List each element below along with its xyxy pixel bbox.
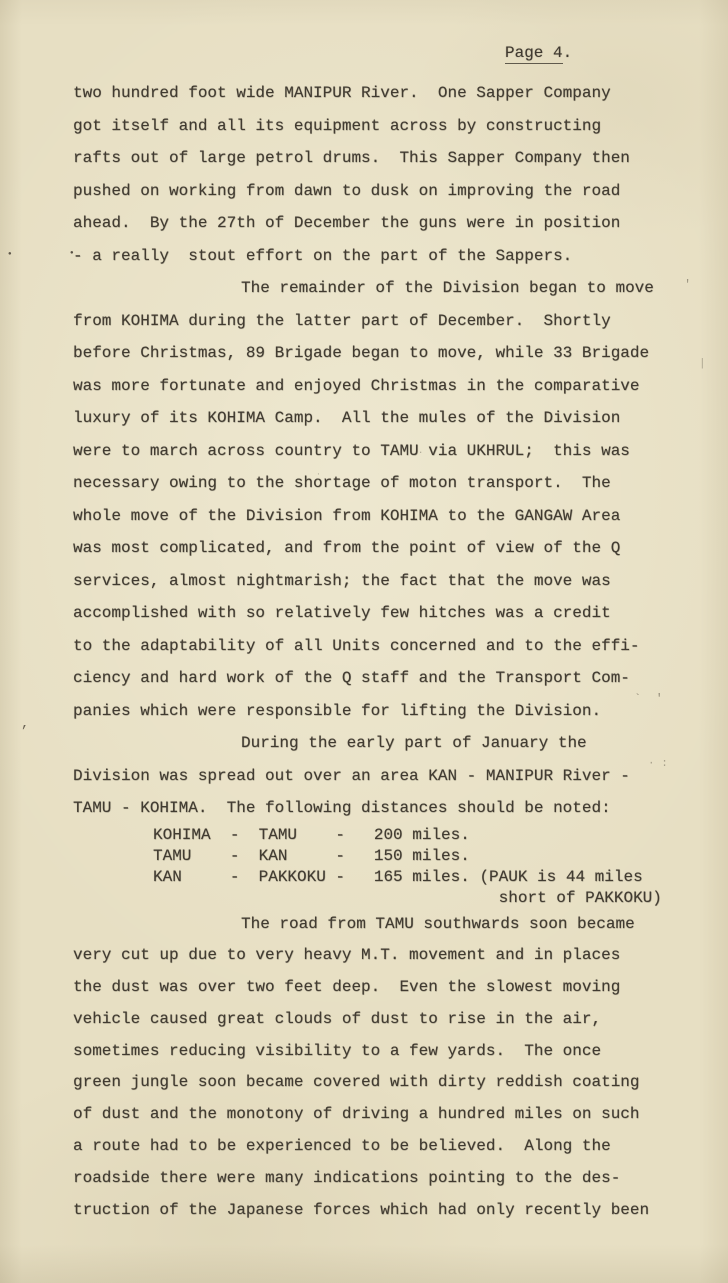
text-line: pushed on working from dawn to dusk on i… <box>73 175 703 208</box>
distance-table-row: KOHIMA - TAMU - 200 miles. <box>73 825 703 846</box>
text-line: to the adaptability of all Units concern… <box>73 630 703 663</box>
text-line: necessary owing to the shortage of moton… <box>73 467 703 500</box>
text-line: sometimes reducing visibility to a few y… <box>73 1036 703 1068</box>
scan-speck: ’ <box>20 724 28 740</box>
text-line: two hundred foot wide MANIPUR River. One… <box>73 77 703 110</box>
page-number-period: . <box>563 44 573 62</box>
text-line: roadside there were many indications poi… <box>73 1163 703 1195</box>
text-line: truction of the Japanese forces which ha… <box>73 1195 703 1227</box>
page-number-text: Page 4 <box>505 44 563 64</box>
text-line: panies which were responsible for liftin… <box>73 695 703 728</box>
text-line: TAMU - KOHIMA. The following distances s… <box>73 792 703 825</box>
distance-table-row: short of PAKKOKU) <box>73 888 703 909</box>
text-line: - a really stout effort on the part of t… <box>73 240 703 273</box>
document-lines: two hundred foot wide MANIPUR River. One… <box>73 77 703 1226</box>
text-line: were to march across country to TAMU via… <box>73 435 703 468</box>
text-line: rafts out of large petrol drums. This Sa… <box>73 142 703 175</box>
text-line: ciency and hard work of the Q staff and … <box>73 662 703 695</box>
text-line: luxury of its KOHIMA Camp. All the mules… <box>73 402 703 435</box>
text-line: the dust was over two feet deep. Even th… <box>73 972 703 1004</box>
text-line: from KOHIMA during the latter part of De… <box>73 305 703 338</box>
text-line: ahead. By the 27th of December the guns … <box>73 207 703 240</box>
text-line: green jungle soon became covered with di… <box>73 1067 703 1099</box>
text-line: services, almost nightmarish; the fact t… <box>73 565 703 598</box>
text-line: accomplished with so relatively few hitc… <box>73 597 703 630</box>
text-line: During the early part of January the <box>73 727 703 760</box>
text-line: vehicle caused great clouds of dust to r… <box>73 1004 703 1036</box>
text-line: very cut up due to very heavy M.T. movem… <box>73 940 703 972</box>
text-line: of dust and the monotony of driving a hu… <box>73 1099 703 1131</box>
text-line: Division was spread out over an area KAN… <box>73 760 703 793</box>
text-line: The remainder of the Division began to m… <box>73 272 703 305</box>
distance-table-row: KAN - PAKKOKU - 165 miles. (PAUK is 44 m… <box>73 867 703 888</box>
document-page: { "header": { "page_label": "Page 4", "s… <box>0 0 728 1283</box>
text-line: a route had to be experienced to be beli… <box>73 1131 703 1163</box>
distance-table-row: TAMU - KAN - 150 miles. <box>73 846 703 867</box>
text-line: was most complicated, and from the point… <box>73 532 703 565</box>
text-line: The road from TAMU southwards soon becam… <box>73 909 703 941</box>
text-line: whole move of the Division from KOHIMA t… <box>73 500 703 533</box>
text-line: was more fortunate and enjoyed Christmas… <box>73 370 703 403</box>
page-number: Page 4. <box>505 44 572 62</box>
text-line: got itself and all its equipment across … <box>73 110 703 143</box>
text-line: before Christmas, 89 Brigade began to mo… <box>73 337 703 370</box>
scan-speck: ● <box>8 250 12 257</box>
